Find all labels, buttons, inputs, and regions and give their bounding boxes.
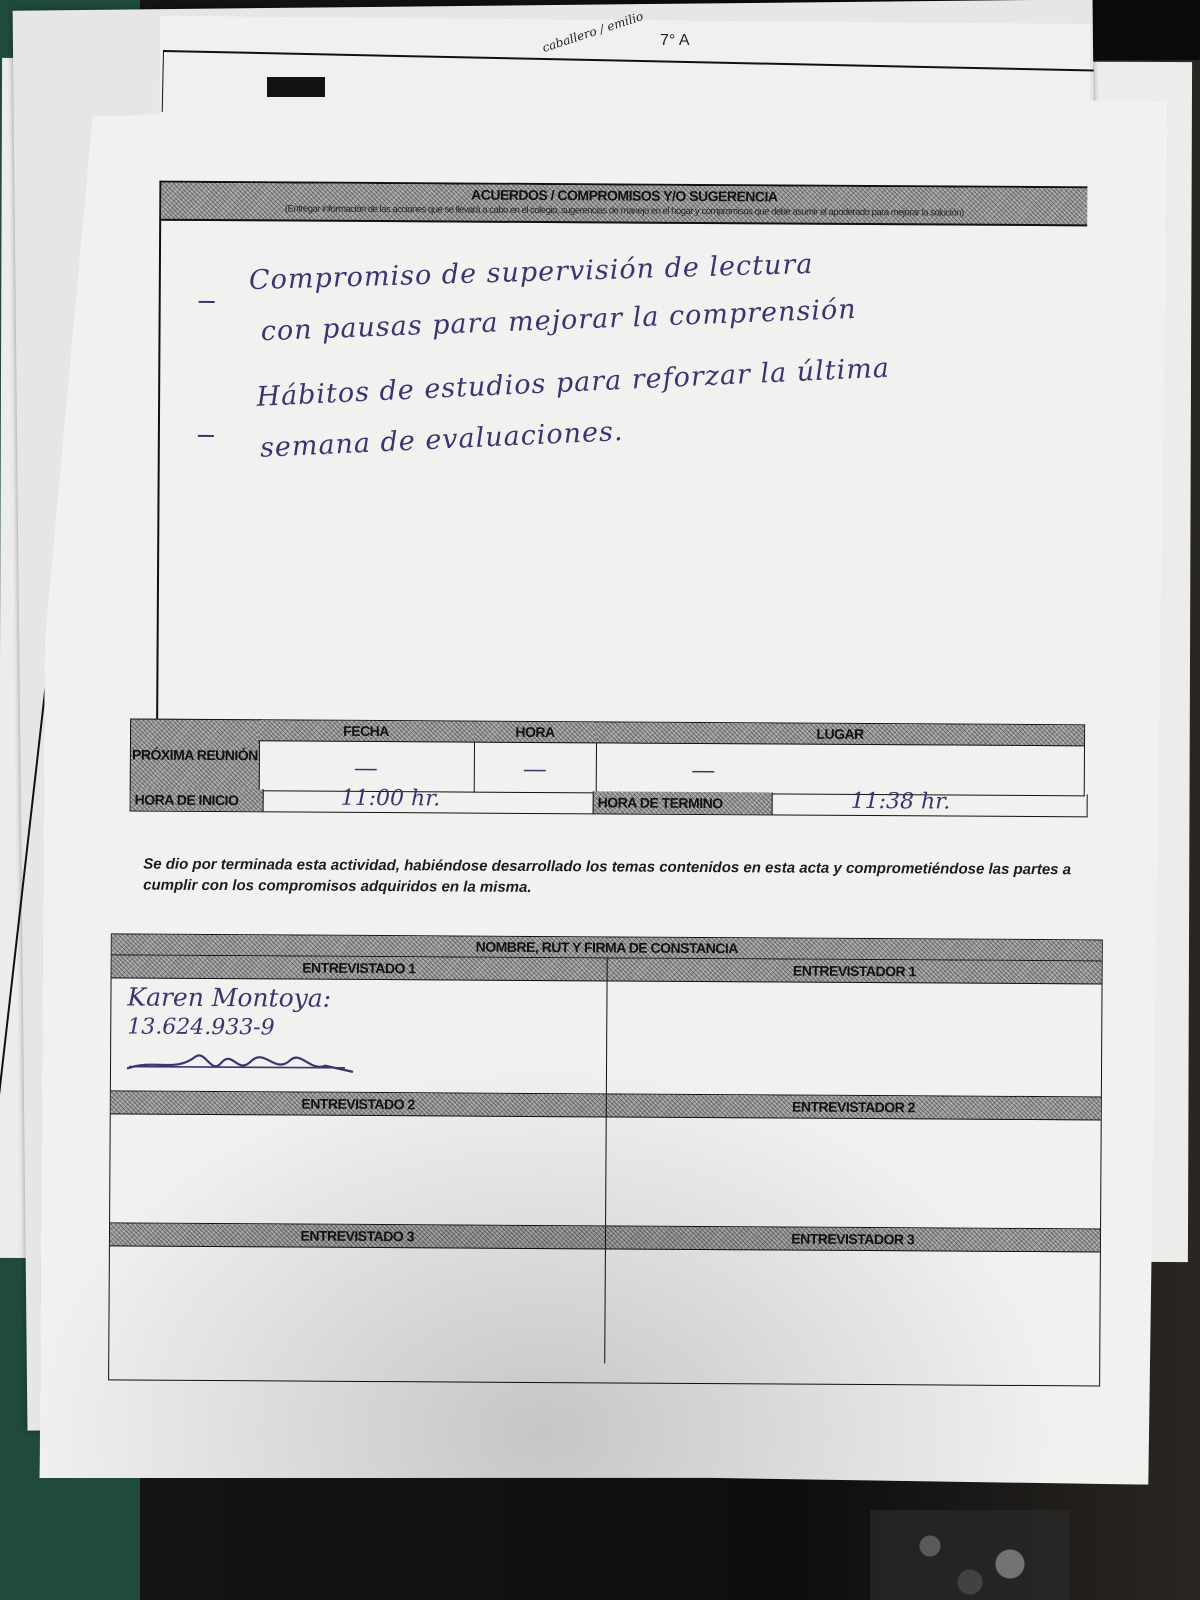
entry-2-line-1: Hábitos de estudios para reforzar la últ… bbox=[256, 353, 891, 413]
entrevistador-1-header: ENTREVISTADOR 1 bbox=[607, 958, 1102, 983]
underlying-grade-mark: 7° A bbox=[660, 32, 690, 50]
lugar-field[interactable]: — bbox=[596, 743, 1084, 794]
hora-termino-value[interactable]: 11:38 hr. bbox=[851, 789, 951, 815]
hora-inicio-value[interactable]: 11:00 hr. bbox=[341, 786, 441, 812]
proxima-reunion-label: PRÓXIMA REUNIÓN bbox=[130, 719, 260, 792]
entrevistador-3-signature-field[interactable] bbox=[605, 1249, 1100, 1366]
lugar-header: LUGAR bbox=[596, 722, 1084, 746]
hora-header: HORA bbox=[474, 722, 596, 744]
firmas-table: NOMBRE, RUT Y FIRMA DE CONSTANCIA ENTREV… bbox=[108, 933, 1103, 1386]
entrevistado-1-rut: 13.624.933-9 bbox=[127, 1015, 275, 1041]
entrevistado-1-name: Karen Montoya: bbox=[127, 983, 331, 1013]
entrevistador-1-signature-field[interactable] bbox=[606, 981, 1101, 1096]
entrevistado-2-header: ENTREVISTADO 2 bbox=[111, 1091, 607, 1116]
firma-row-1: Karen Montoya: 13.624.933-9 bbox=[111, 978, 1102, 1097]
entrevistador-3-header: ENTREVISTADOR 3 bbox=[605, 1226, 1100, 1251]
fecha-header: FECHA bbox=[258, 720, 474, 742]
hora-column: HORA — bbox=[474, 721, 597, 794]
bullet-dash bbox=[199, 301, 215, 303]
entry-1-line-2: con pausas para mejorar la comprensión bbox=[260, 294, 857, 347]
signature-scrawl bbox=[125, 1044, 355, 1079]
lugar-value: — bbox=[691, 756, 715, 784]
lugar-column: LUGAR — bbox=[596, 721, 1085, 796]
horario-row: HORA DE INICIO 11:00 hr. HORA DE TERMINO… bbox=[130, 789, 1088, 818]
entry-2-line-2: semana de evaluaciones. bbox=[259, 416, 624, 464]
entrevistador-2-header: ENTREVISTADOR 2 bbox=[606, 1094, 1101, 1119]
acuerdos-section: ACUERDOS / COMPROMISOS Y/O SUGERENCIA (E… bbox=[156, 181, 1088, 809]
hora-termino-label: HORA DE TERMINO bbox=[593, 791, 773, 814]
entrevistado-1-header: ENTREVISTADO 1 bbox=[112, 955, 608, 980]
entry-1-line-1: Compromiso de supervisión de lectura bbox=[249, 249, 814, 296]
hora-inicio-label: HORA DE INICIO bbox=[131, 789, 264, 812]
fecha-field[interactable]: — bbox=[258, 741, 474, 790]
bullet-dash bbox=[198, 435, 214, 437]
acuerdos-header: ACUERDOS / COMPROMISOS Y/O SUGERENCIA (E… bbox=[161, 183, 1087, 227]
form-sheet: ACUERDOS / COMPROMISOS Y/O SUGERENCIA (E… bbox=[40, 88, 1168, 1485]
entrevistado-1-signature-field[interactable]: Karen Montoya: 13.624.933-9 bbox=[111, 978, 607, 1093]
entrevistado-3-header: ENTREVISTADO 3 bbox=[110, 1223, 606, 1248]
fecha-column: FECHA — bbox=[258, 719, 475, 792]
underlying-logo bbox=[267, 77, 325, 97]
entrevistado-2-signature-field[interactable] bbox=[110, 1114, 606, 1225]
background-fabric bbox=[870, 1510, 1070, 1600]
proxima-reunion-section: PRÓXIMA REUNIÓN FECHA — HORA — LUGAR — H… bbox=[130, 719, 1087, 829]
entrevistador-2-signature-field[interactable] bbox=[606, 1117, 1101, 1228]
fecha-value: — bbox=[354, 754, 378, 782]
firma-row-2 bbox=[110, 1114, 1101, 1229]
entrevistado-3-signature-field[interactable] bbox=[109, 1246, 605, 1363]
closing-statement: Se dio por terminada esta actividad, hab… bbox=[143, 854, 1103, 902]
hora-value: — bbox=[523, 755, 547, 783]
hora-field[interactable]: — bbox=[474, 743, 596, 792]
firma-row-3 bbox=[109, 1246, 1100, 1366]
